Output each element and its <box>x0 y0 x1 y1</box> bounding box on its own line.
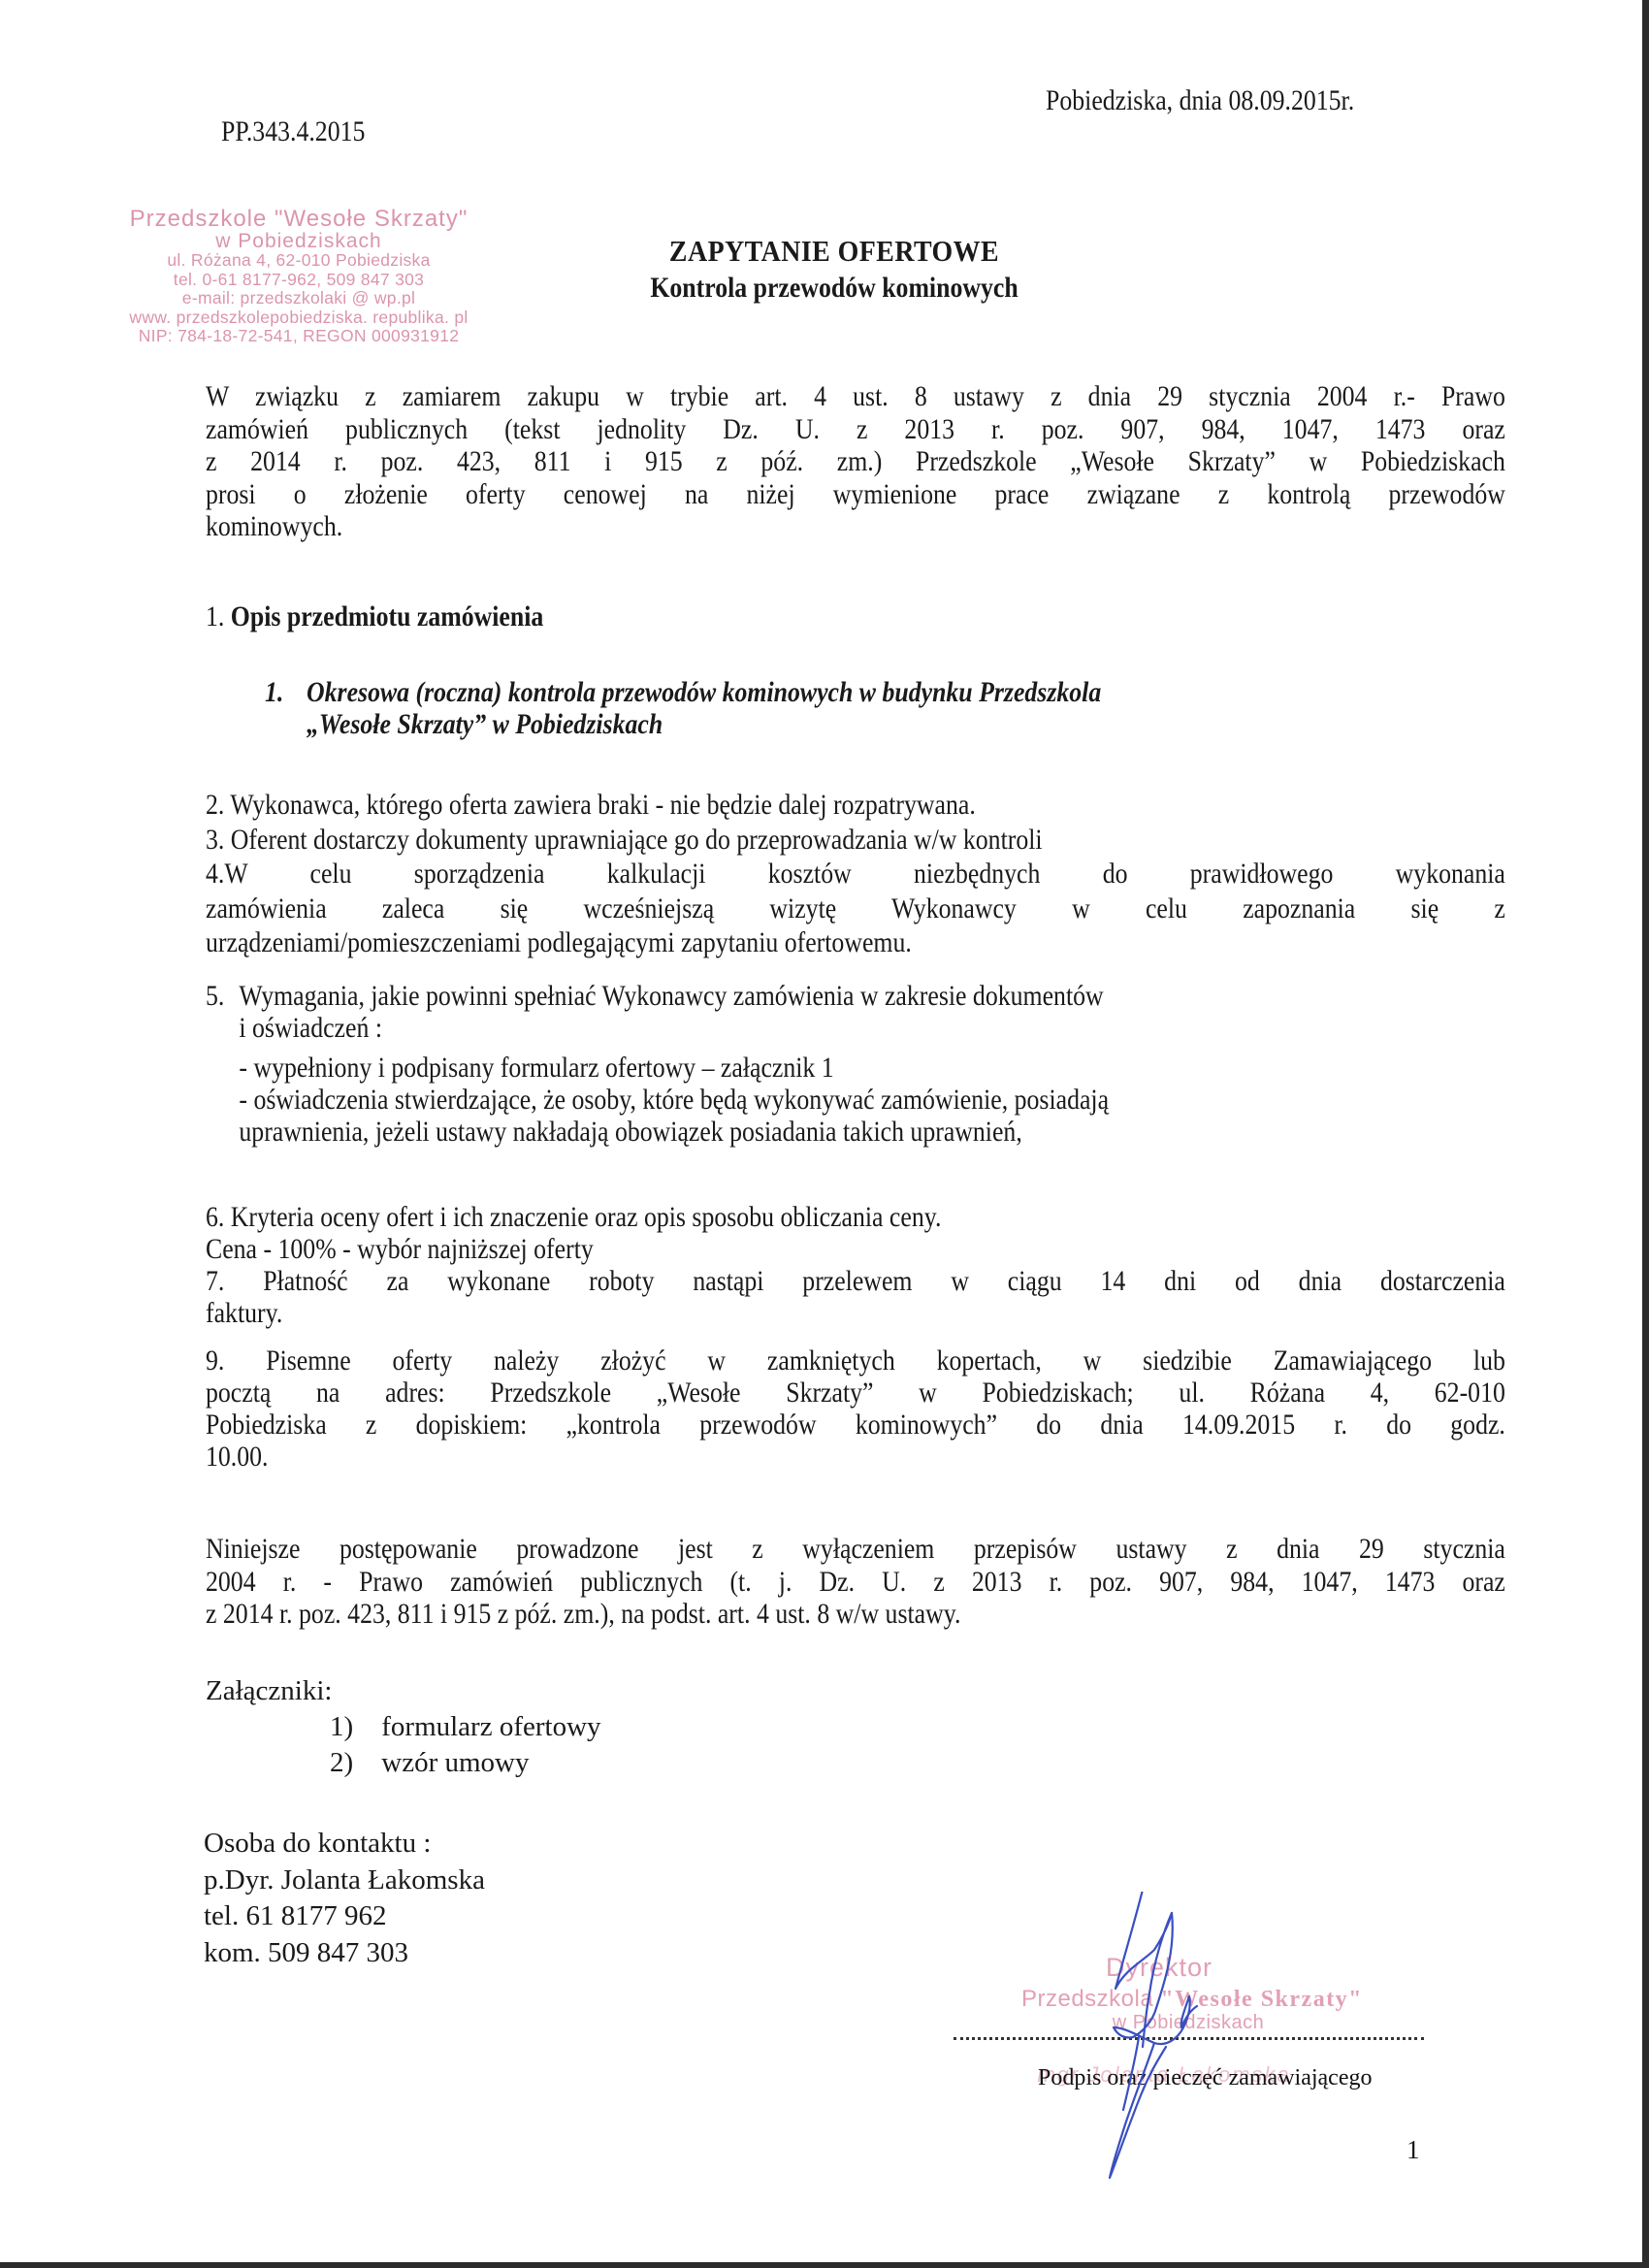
intro-line: z 2014 r. poz. 423, 811 i 915 z póź. zm.… <box>206 445 1505 478</box>
stamp-line: Przedszkole "Wesołe Skrzaty" <box>105 207 493 231</box>
point-3: 3. Oferent dostarczy dokumenty uprawniaj… <box>206 823 1505 858</box>
stamp-line: ul. Różana 4, 62-010 Pobiedziska <box>105 251 493 271</box>
stamp-line: w Pobiedziskach <box>105 231 493 251</box>
section-1-heading: 1. Opis przedmiotu zamówienia <box>206 600 1505 632</box>
section-number: 1. <box>206 600 224 632</box>
intro-paragraph: W związku z zamiarem zakupu w trybie art… <box>206 380 1505 543</box>
handwritten-signature <box>1096 1892 1271 2183</box>
stamp-line: NIP: 784-18-72-541, REGON 000931912 <box>105 327 493 346</box>
contact-mobile: kom. 509 847 303 <box>204 1935 485 1972</box>
attachment-item: 2) wzór umowy <box>206 1745 601 1781</box>
attachment-item: 1) formularz ofertowy <box>206 1709 601 1745</box>
scan-edge-right <box>1642 0 1649 2268</box>
point-6-detail: Cena - 100% - wybór najniższej oferty <box>206 1233 1505 1265</box>
contact-name: p.Dyr. Jolanta Łakomska <box>204 1863 485 1899</box>
item-line: „Wesołe Skrzaty” w Pobiedziskach <box>307 708 1565 740</box>
point-4-line: zamówienia zaleca się wcześniejszą wizyt… <box>206 891 1505 926</box>
document-title-block: ZAPYTANIE OFERTOWE Kontrola przewodów ko… <box>524 233 1145 307</box>
attachments-label: Załączniki: <box>206 1673 601 1709</box>
point-6: 6. Kryteria oceny ofert i ich znaczenie … <box>206 1201 1505 1233</box>
point-5-number: 5. <box>206 980 224 1012</box>
stamp-line: www. przedszkolepobiedziska. republika. … <box>105 308 493 328</box>
point-5-line: Wymagania, jakie powinni spełniać Wykona… <box>239 980 1504 1012</box>
closing-paragraph: Niniejsze postępowanie prowadzone jest z… <box>206 1533 1505 1631</box>
point-9-line: pocztą na adres: Przedszkole „Wesołe Skr… <box>206 1377 1505 1409</box>
point-5-bullet: - oświadczenia stwierdzające, że osoby, … <box>239 1084 1504 1116</box>
point-4-line: urządzeniami/pomieszczeniami podlegający… <box>206 925 1505 960</box>
contact-phone: tel. 61 8177 962 <box>204 1898 485 1935</box>
section-1-item: 1. Okresowa (roczna) kontrola przewodów … <box>265 676 1565 740</box>
contact-label: Osoba do kontaktu : <box>204 1826 485 1863</box>
point-7-line: 7. Płatność za wykonane roboty nastąpi p… <box>206 1265 1505 1297</box>
section-heading: Opis przedmiotu zamówienia <box>231 600 544 632</box>
point-7-line: faktury. <box>206 1297 1505 1329</box>
point-9-line: 9. Pisemne oferty należy złożyć w zamkni… <box>206 1345 1505 1377</box>
closing-line: 2004 r. - Prawo zamówień publicznych (t.… <box>206 1566 1505 1599</box>
attachment-number: 1) <box>330 1709 374 1745</box>
point-5-bullet: uprawnienia, jeżeli ustawy nakładają obo… <box>239 1116 1504 1148</box>
scan-edge-bottom <box>0 2262 1649 2268</box>
place-and-date: Pobiedziska, dnia 08.09.2015r. <box>1046 83 1354 118</box>
intro-line: prosi o złożenie oferty cenowej na niżej… <box>206 478 1505 511</box>
point-5-line: i oświadczeń : <box>239 1012 1504 1044</box>
reference-number: PP.343.4.2015 <box>221 114 365 149</box>
closing-line: Niniejsze postępowanie prowadzone jest z… <box>206 1533 1505 1566</box>
attachment-text: wzór umowy <box>381 1747 529 1778</box>
institution-stamp: Przedszkole "Wesołe Skrzaty" w Pobiedzis… <box>105 207 493 346</box>
point-5-bullet: - wypełniony i podpisany formularz ofert… <box>239 1052 1504 1084</box>
document-subtitle: Kontrola przewodów kominowych <box>567 270 1101 307</box>
stamp-line: tel. 0-61 8177-962, 509 847 303 <box>105 271 493 290</box>
intro-line: zamówień publicznych (tekst jednolity Dz… <box>206 413 1505 446</box>
point-2: 2. Wykonawca, którego oferta zawiera bra… <box>206 788 1505 823</box>
page-number: 1 <box>1406 2135 1420 2165</box>
point-9-line: 10.00. <box>206 1441 1505 1473</box>
item-number: 1. <box>265 676 283 708</box>
intro-line: kominowych. <box>206 510 1505 543</box>
closing-line: z 2014 r. poz. 423, 811 i 915 z póź. zm.… <box>206 1598 1505 1631</box>
point-5: 5. Wymagania, jakie powinni spełniać Wyk… <box>206 980 1505 1148</box>
point-9: 9. Pisemne oferty należy złożyć w zamkni… <box>206 1345 1505 1473</box>
document-title: ZAPYTANIE OFERTOWE <box>555 233 1114 270</box>
attachments: Załączniki: 1) formularz ofertowy 2) wzó… <box>206 1673 601 1781</box>
attachment-text: formularz ofertowy <box>381 1711 600 1742</box>
document-page: PP.343.4.2015 Pobiedziska, dnia 08.09.20… <box>0 0 1649 2268</box>
points-2-4: 2. Wykonawca, którego oferta zawiera bra… <box>206 788 1505 960</box>
stamp-line: e-mail: przedszkolaki @ wp.pl <box>105 289 493 308</box>
item-line: Okresowa (roczna) kontrola przewodów kom… <box>307 676 1565 708</box>
point-9-line: Pobiedziska z dopiskiem: „kontrola przew… <box>206 1409 1505 1441</box>
point-4-line: 4.W celu sporządzenia kalkulacji kosztów… <box>206 857 1505 891</box>
contact-block: Osoba do kontaktu : p.Dyr. Jolanta Łakom… <box>204 1826 485 1971</box>
attachment-number: 2) <box>330 1745 374 1781</box>
intro-line: W związku z zamiarem zakupu w trybie art… <box>206 380 1505 413</box>
points-6-7: 6. Kryteria oceny ofert i ich znaczenie … <box>206 1201 1505 1329</box>
